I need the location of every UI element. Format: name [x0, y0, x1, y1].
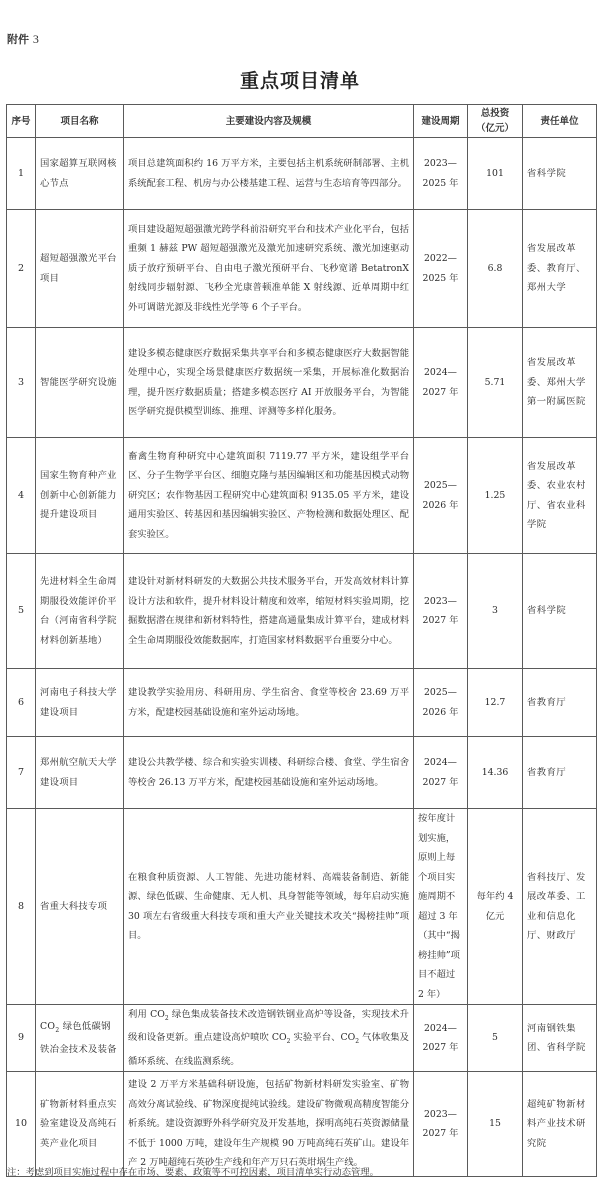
cell-period: 按年度计划实施，原则上每个项目实施周期不超过 3 年（其中“揭榜挂帅”项目不超过… — [414, 809, 468, 1005]
annex-label-text: 附件 — [7, 33, 29, 46]
name-prefix: CO — [40, 1021, 55, 1032]
cell-investment: 12.7 — [468, 669, 523, 737]
header-investment: 总投资 （亿元） — [468, 105, 523, 138]
cell-name: CO2 绿色低碳钢铁冶金技术及装备 — [36, 1005, 124, 1072]
cell-unit: 省科学院 — [523, 554, 597, 669]
content-part: 实验平台、CO — [290, 1032, 355, 1043]
cell-unit: 省教育厅 — [523, 669, 597, 737]
cell-name: 国家生物育种产业创新中心创新能力提升建设项目 — [36, 438, 124, 554]
cell-investment: 101 — [468, 138, 523, 210]
cell-investment: 5 — [468, 1005, 523, 1072]
cell-seq: 2 — [7, 210, 36, 328]
cell-unit: 省科学院 — [523, 138, 597, 210]
cell-unit: 省科技厅、发展改革委、工业和信息化厅、财政厅 — [523, 809, 597, 1005]
cell-period: 2022—2025 年 — [414, 210, 468, 328]
table-row: 4 国家生物育种产业创新中心创新能力提升建设项目 畜禽生物育种研究中心建筑面积 … — [7, 438, 597, 554]
table-row: 8 省重大科技专项 在粮食种质资源、人工智能、先进功能材料、高端装备制造、新能源… — [7, 809, 597, 1005]
cell-unit: 超纯矿物新材料产业技术研究院 — [523, 1072, 597, 1177]
header-period: 建设周期 — [414, 105, 468, 138]
cell-name: 矿物新材料重点实验室建设及高纯石英产业化项目 — [36, 1072, 124, 1177]
cell-name: 郑州航空航天大学建设项目 — [36, 737, 124, 809]
cell-period: 2023—2025 年 — [414, 138, 468, 210]
cell-unit: 省发展改革委、农业农村厅、省农业科学院 — [523, 438, 597, 554]
cell-seq: 5 — [7, 554, 36, 669]
cell-unit: 省发展改革委、教育厅、郑州大学 — [523, 210, 597, 328]
cell-investment: 1.25 — [468, 438, 523, 554]
cell-name: 河南电子科技大学建设项目 — [36, 669, 124, 737]
cell-name: 省重大科技专项 — [36, 809, 124, 1005]
cell-seq: 1 — [7, 138, 36, 210]
header-seq: 序号 — [7, 105, 36, 138]
cell-content: 利用 CO2 绿色集成装备技术改造钢铁钢业高炉等设备，实现技术升级和设备更新。重… — [124, 1005, 414, 1072]
cell-content: 建设针对新材料研发的大数据公共技术服务平台，开发高效材料计算设计方法和软件，提升… — [124, 554, 414, 669]
cell-seq: 3 — [7, 328, 36, 438]
cell-period: 2023—2027 年 — [414, 554, 468, 669]
cell-unit: 省教育厅 — [523, 737, 597, 809]
cell-seq: 4 — [7, 438, 36, 554]
cell-content: 畜禽生物育种研究中心建筑面积 7119.77 平方米，建设组学平台区、分子生物学… — [124, 438, 414, 554]
annex-label: 附件 3 — [7, 31, 39, 47]
key-projects-table: 序号 项目名称 主要建设内容及规模 建设周期 总投资 （亿元） 责任单位 1 国… — [6, 104, 597, 1177]
table-row: 6 河南电子科技大学建设项目 建设教学实验用房、科研用房、学生宿舍、食堂等校舍 … — [7, 669, 597, 737]
cell-period: 2025—2026 年 — [414, 669, 468, 737]
header-investment-line1: 总投资 — [472, 106, 518, 121]
footnote: 注：考虑到项目实施过程中存在市场、要素、政策等不可控因素，项目清单实行动态管理。 — [7, 1164, 379, 1178]
cell-content: 建设公共教学楼、综合和实验实训楼、科研综合楼、食堂、学生宿舍等校舍 26.13 … — [124, 737, 414, 809]
table-row: 10 矿物新材料重点实验室建设及高纯石英产业化项目 建设 2 万平方米基础科研设… — [7, 1072, 597, 1177]
cell-content: 在粮食种质资源、人工智能、先进功能材料、高端装备制造、新能源、绿色低碳、生命健康… — [124, 809, 414, 1005]
cell-name: 先进材料全生命周期服役效能评价平台（河南省科学院材料创新基地） — [36, 554, 124, 669]
cell-name: 国家超算互联网核心节点 — [36, 138, 124, 210]
cell-period: 2024—2027 年 — [414, 1005, 468, 1072]
annex-number: 3 — [33, 32, 39, 46]
cell-investment: 3 — [468, 554, 523, 669]
cell-name: 智能医学研究设施 — [36, 328, 124, 438]
content-part: 利用 CO — [128, 1009, 165, 1020]
cell-content: 建设教学实验用房、科研用房、学生宿舍、食堂等校舍 23.69 万平方米，配建校园… — [124, 669, 414, 737]
cell-unit: 河南钢铁集团、省科学院 — [523, 1005, 597, 1072]
cell-period: 2023—2027 年 — [414, 1072, 468, 1177]
cell-seq: 9 — [7, 1005, 36, 1072]
cell-investment: 6.8 — [468, 210, 523, 328]
header-name: 项目名称 — [36, 105, 124, 138]
cell-seq: 7 — [7, 737, 36, 809]
cell-period: 2025—2026 年 — [414, 438, 468, 554]
cell-seq: 8 — [7, 809, 36, 1005]
table-row: 1 国家超算互联网核心节点 项目总建筑面积约 16 万平方米，主要包括主机系统研… — [7, 138, 597, 210]
cell-investment: 每年约 4 亿元 — [468, 809, 523, 1005]
cell-name: 超短超强激光平台项目 — [36, 210, 124, 328]
cell-investment: 15 — [468, 1072, 523, 1177]
table-row: 5 先进材料全生命周期服役效能评价平台（河南省科学院材料创新基地） 建设针对新材… — [7, 554, 597, 669]
page-title: 重点项目清单 — [0, 66, 600, 93]
cell-period: 2024—2027 年 — [414, 328, 468, 438]
cell-content: 建设多模态健康医疗数据采集共享平台和多模态健康医疗大数据智能处理中心，实现全场景… — [124, 328, 414, 438]
header-content: 主要建设内容及规模 — [124, 105, 414, 138]
table-row: 2 超短超强激光平台项目 项目建设超短超强激光跨学科前沿研究平台和技术产业化平台… — [7, 210, 597, 328]
cell-investment: 14.36 — [468, 737, 523, 809]
table-header-row: 序号 项目名称 主要建设内容及规模 建设周期 总投资 （亿元） 责任单位 — [7, 105, 597, 138]
header-investment-line2: （亿元） — [472, 121, 518, 136]
cell-seq: 6 — [7, 669, 36, 737]
table-row: 3 智能医学研究设施 建设多模态健康医疗数据采集共享平台和多模态健康医疗大数据智… — [7, 328, 597, 438]
cell-investment: 5.71 — [468, 328, 523, 438]
cell-content: 建设 2 万平方米基础科研设施，包括矿物新材料研发实验室、矿物高效分离试验线、矿… — [124, 1072, 414, 1177]
table-row: 9 CO2 绿色低碳钢铁冶金技术及装备 利用 CO2 绿色集成装备技术改造钢铁钢… — [7, 1005, 597, 1072]
cell-content: 项目建设超短超强激光跨学科前沿研究平台和技术产业化平台，包括重频 1 赫兹 PW… — [124, 210, 414, 328]
cell-seq: 10 — [7, 1072, 36, 1177]
header-unit: 责任单位 — [523, 105, 597, 138]
cell-unit: 省发展改革委、郑州大学第一附属医院 — [523, 328, 597, 438]
cell-content: 项目总建筑面积约 16 万平方米，主要包括主机系统研制部署、主机系统配套工程、机… — [124, 138, 414, 210]
cell-period: 2024—2027 年 — [414, 737, 468, 809]
table-row: 7 郑州航空航天大学建设项目 建设公共教学楼、综合和实验实训楼、科研综合楼、食堂… — [7, 737, 597, 809]
